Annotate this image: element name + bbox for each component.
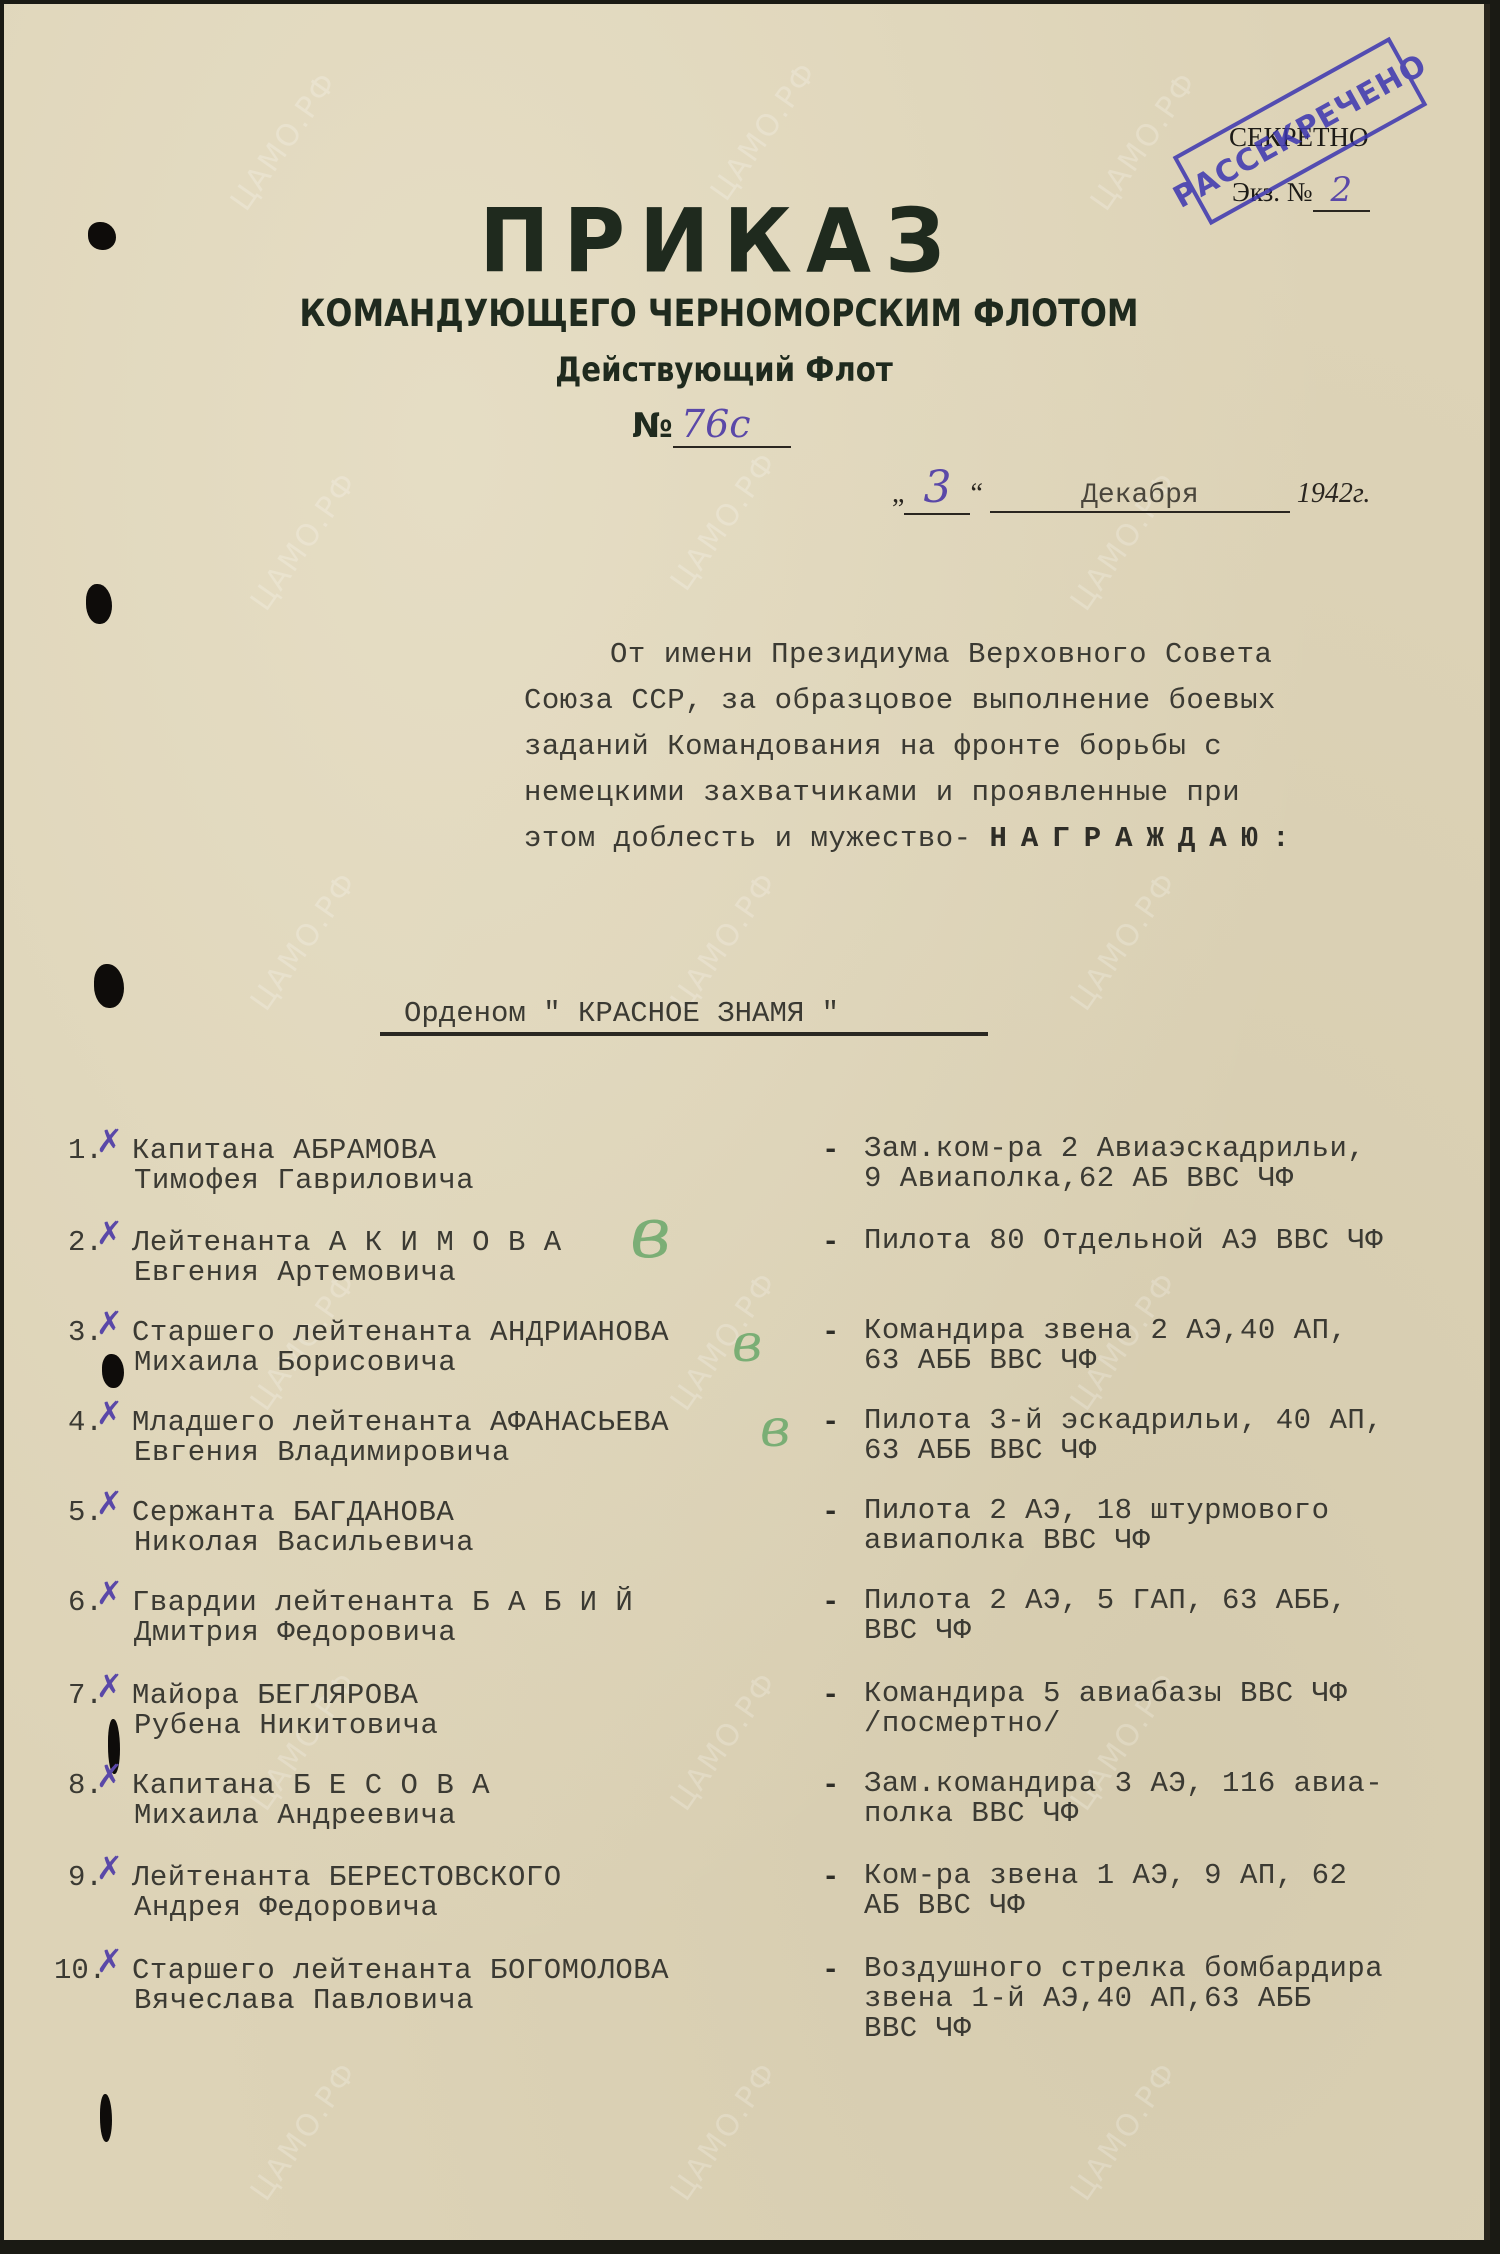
check-mark-icon: ✗: [96, 1667, 123, 1705]
preamble-line: заданий Командования на фронте борьбы с: [524, 724, 1444, 770]
binder-hole: [102, 1354, 124, 1388]
watermark: ЦАМО.РФ: [664, 446, 785, 598]
preamble-last-line: этом доблесть и мужество-: [524, 822, 972, 855]
awardee-rank-surname: Капитана АБРАМОВА: [132, 1134, 436, 1167]
watermark: ЦАМО.РФ: [704, 56, 825, 208]
check-mark-icon: ✗: [96, 1574, 123, 1612]
dash-separator: -: [822, 1316, 839, 1349]
order-number: №76с: [632, 402, 791, 448]
green-pencil-mark: в: [630, 1192, 671, 1274]
awardee-rank-surname: Старшего лейтенанта АНДРИАНОВА: [132, 1316, 669, 1349]
awardee-rank-surname: Майора БЕГЛЯРОВА: [132, 1679, 418, 1712]
award-word: НАГРАЖДАЮ:: [989, 822, 1303, 855]
preamble-line: Союза ССР, за образцовое выполнение боев…: [524, 678, 1444, 724]
order-number-value: 76с: [673, 402, 791, 448]
awardee-position: Пилота 80 Отдельной АЭ ВВС ЧФ: [864, 1226, 1484, 1256]
watermark: ЦАМО.РФ: [664, 2056, 785, 2208]
document-title: ПРИКАЗ: [4, 190, 1434, 293]
watermark: ЦАМО.РФ: [1064, 2056, 1185, 2208]
watermark: ЦАМО.РФ: [664, 866, 785, 1018]
dash-separator: -: [822, 1954, 839, 1987]
watermark: ЦАМО.РФ: [664, 1266, 785, 1418]
awardee-position: Пилота 2 АЭ, 18 штурмового авиаполка ВВС…: [864, 1496, 1484, 1556]
dash-separator: -: [822, 1496, 839, 1529]
awardee-rank-surname: Старшего лейтенанта БОГОМОЛОВА: [132, 1954, 669, 1987]
order-number-label: №: [632, 406, 673, 446]
preamble-line: От имени Президиума Верховного Совета: [524, 632, 1444, 678]
document-page: ЦАМО.РФ ЦАМО.РФ ЦАМО.РФ ЦАМО.РФ ЦАМО.РФ …: [4, 4, 1490, 2240]
preamble-line: этом доблесть и мужество- НАГРАЖДАЮ:: [524, 816, 1444, 862]
binder-hole: [94, 964, 124, 1008]
binder-hole: [100, 2094, 112, 2142]
awardee-given-names: Михаила Борисовича: [134, 1346, 456, 1379]
awardee-position: Командира звена 2 АЭ,40 АП, 63 АББ ВВС Ч…: [864, 1316, 1484, 1376]
document-subtitle-fleet: Действующий Флот: [105, 350, 1343, 390]
awardee-rank-surname: Младшего лейтенанта АФАНАСЬЕВА: [132, 1406, 669, 1439]
watermark: ЦАМО.РФ: [244, 2056, 365, 2208]
order-date: „3“ Декабря 1942г.: [892, 462, 1370, 515]
dash-separator: -: [822, 1134, 839, 1167]
dash-separator: -: [822, 1679, 839, 1712]
watermark: ЦАМО.РФ: [244, 466, 365, 618]
awardee-given-names: Михаила Андреевича: [134, 1799, 456, 1832]
date-month: Декабря: [990, 480, 1290, 513]
awardee-given-names: Николая Васильевича: [134, 1526, 474, 1559]
awardee-position: Зам.командира 3 АЭ, 116 авиа- полка ВВС …: [864, 1769, 1484, 1829]
check-mark-icon: ✗: [96, 1122, 123, 1160]
date-day: 3: [904, 462, 970, 515]
order-heading: Орденом " КРАСНОЕ ЗНАМЯ ": [380, 997, 988, 1036]
binder-hole: [86, 584, 112, 624]
awardee-rank-surname: Лейтенанта А К И М О В А: [132, 1226, 562, 1259]
awardee-given-names: Вячеслава Павловича: [134, 1984, 474, 2017]
awardee-given-names: Рубена Никитовича: [134, 1709, 438, 1742]
awardee-rank-surname: Капитана Б Е С О В А: [132, 1769, 490, 1802]
dash-separator: -: [822, 1406, 839, 1439]
preamble-line: немецкими захватчиками и проявленные при: [524, 770, 1444, 816]
dash-separator: -: [822, 1226, 839, 1259]
awardee-rank-surname: Гвардии лейтенанта Б А Б И Й: [132, 1586, 633, 1619]
awardee-given-names: Евгения Владимировича: [134, 1436, 510, 1469]
check-mark-icon: ✗: [96, 1757, 123, 1795]
watermark: ЦАМО.РФ: [244, 866, 365, 1018]
awardee-position: Ком-ра звена 1 АЭ, 9 АП, 62 АБ ВВС ЧФ: [864, 1861, 1484, 1921]
dash-separator: -: [822, 1769, 839, 1802]
green-pencil-mark: в: [760, 1399, 790, 1459]
awardee-given-names: Дмитрия Федоровича: [134, 1616, 456, 1649]
awardee-rank-surname: Лейтенанта БЕРЕСТОВСКОГО: [132, 1861, 562, 1894]
check-mark-icon: ✗: [96, 1304, 123, 1342]
date-year: 1942: [1297, 478, 1353, 509]
check-mark-icon: ✗: [96, 1394, 123, 1432]
awardee-given-names: Евгения Артемовича: [134, 1256, 456, 1289]
awardee-rank-surname: Сержанта БАГДАНОВА: [132, 1496, 454, 1529]
dash-separator: -: [822, 1586, 839, 1619]
awardee-position: Зам.ком-ра 2 Авиаэскадрильи, 9 Авиаполка…: [864, 1134, 1484, 1194]
awardee-position: Пилота 2 АЭ, 5 ГАП, 63 АББ, ВВС ЧФ: [864, 1586, 1484, 1646]
awardee-given-names: Андрея Федоровича: [134, 1891, 438, 1924]
green-pencil-mark: в: [732, 1314, 762, 1374]
awardee-position: Воздушного стрелка бомбардира звена 1-й …: [864, 1954, 1484, 2044]
awardee-position: Пилота 3-й эскадрильи, 40 АП, 63 АББ ВВС…: [864, 1406, 1484, 1466]
check-mark-icon: ✗: [96, 1942, 123, 1980]
preamble: От имени Президиума Верховного Совета Со…: [524, 632, 1444, 862]
awardee-position: Командира 5 авиабазы ВВС ЧФ /посмертно/: [864, 1679, 1484, 1739]
date-year-suffix: г.: [1353, 478, 1371, 509]
watermark: ЦАМО.РФ: [664, 1666, 785, 1818]
dash-separator: -: [822, 1861, 839, 1894]
check-mark-icon: ✗: [96, 1214, 123, 1252]
check-mark-icon: ✗: [96, 1849, 123, 1887]
awardee-given-names: Тимофея Гавриловича: [134, 1164, 474, 1197]
watermark: ЦАМО.РФ: [1064, 866, 1185, 1018]
check-mark-icon: ✗: [96, 1484, 123, 1522]
document-subtitle: КОМАНДУЮЩЕГО ЧЕРНОМОРСКИМ ФЛОТОМ: [104, 292, 1334, 335]
